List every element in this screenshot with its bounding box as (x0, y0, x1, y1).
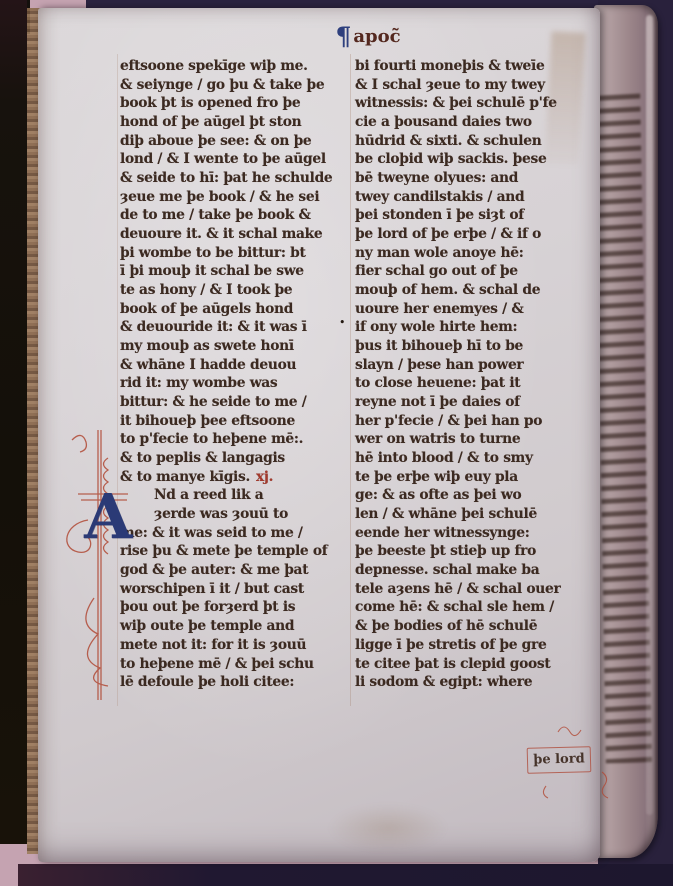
left-column-lines-bottom: me: & it was seid to me /rise þu & mete … (120, 524, 352, 692)
text-line: diþ aboue þe see: & on þe (120, 132, 352, 151)
text-line: de to me / take þe book & (120, 206, 352, 225)
text-line: & deuouride it: & it was ī (120, 318, 352, 337)
text-line: þus it bihoueþ hī to be (355, 337, 599, 356)
text-line: wiþ oute þe temple and (120, 617, 352, 636)
right-text-column: bi fourti moneþis & tweīe& I schal ȝeue … (355, 57, 599, 692)
text-line: þei stonden ī þe siȝt of (355, 206, 599, 225)
text-line: book of þe aūgels hond (120, 300, 352, 319)
text-line: te as hony / & I took þe (120, 281, 352, 300)
text-line: eftsoone spekīge wiþ me. (120, 57, 352, 76)
text-line: to close heuene: þat it (355, 374, 599, 393)
text-line: come hē: & schal sle hem / (355, 598, 599, 617)
text-line: god & þe auter: & me þat (120, 561, 352, 580)
text-line: & þe bodies of hē schulē (355, 617, 599, 636)
text-line: witnessis: & þei schulē p'fe (355, 94, 599, 113)
text-line: bē tweyne olyues: and (355, 169, 599, 188)
text-line: if ony wole hirte hem: (355, 318, 599, 337)
text-line: twey candilstakis / and (355, 188, 599, 207)
text-line: li sodom & egipt: where (355, 673, 599, 692)
text-line: ī þi mouþ it schal be swe (120, 262, 352, 281)
book-spine (0, 0, 27, 844)
manuscript-page: ¶apoc̃ eftsoone spekīge wiþ me.& seiynge… (38, 8, 600, 862)
text-line: te þe erþe wiþ euy pla (355, 468, 599, 487)
text-line: tele aȝens hē / & schal ouer (355, 580, 599, 599)
text-line: bi fourti moneþis & tweīe (355, 57, 599, 76)
chapter-11-opening: A Nd a reed lik aȝerde was ȝouū to me: &… (120, 486, 352, 691)
text-line: ge: & as ofte as þei wo (355, 486, 599, 505)
running-header: ¶apoc̃ (320, 22, 416, 51)
text-line: my mouþ as swete honī (120, 337, 352, 356)
text-line: me: & it was seid to me / (120, 524, 352, 543)
text-line: & I schal ȝeue to my twey (355, 76, 599, 95)
illuminated-initial-A: A (75, 482, 141, 558)
text-line: uoure her enemyes / & (355, 300, 599, 319)
text-line: & seiynge / go þu & take þe (120, 76, 352, 95)
text-line: mouþ of hem. & schal de (355, 281, 599, 300)
margin-note-box: þe lord (527, 746, 592, 774)
text-line: fier schal go out of þe (355, 262, 599, 281)
text-line: book þt is opened fro þe (120, 94, 352, 113)
text-line: þe lord of þe erþe / & if o (355, 225, 599, 244)
text-line: þi wombe to be bittur: bt (120, 244, 352, 263)
text-line: te citee þat is clepid goost (355, 655, 599, 674)
text-line: þe beeste þt stieþ up fro (355, 542, 599, 561)
text-line: slayn / þese han power (355, 356, 599, 375)
text-line: rid it: my wombe was (120, 374, 352, 393)
text-line: to heþene mē / & þei schu (120, 655, 352, 674)
paraph-icon: ¶ (335, 22, 351, 51)
text-line: ligge ī þe stretis of þe gre (355, 636, 599, 655)
text-line: depnesse. schal make ba (355, 561, 599, 580)
left-column-lines: eftsoone spekīge wiþ me.& seiynge / go þ… (120, 57, 352, 468)
text-line: worschipen ī it / but cast (120, 580, 352, 599)
text-line: ȝerde was ȝouū to (120, 505, 352, 524)
text-line: mete not it: for it is ȝouū (120, 636, 352, 655)
text-line: & to peplis & langagis (120, 449, 352, 468)
text-line: lē defoule þe holi citee: (120, 673, 352, 692)
text-line: rise þu & mete þe temple of (120, 542, 352, 561)
text-line: wer on watris to turne (355, 430, 599, 449)
parchment-stain (328, 804, 448, 852)
text-line: be cloþid wiþ sackis. þese (355, 150, 599, 169)
backdrop-bottom-strip (18, 864, 673, 886)
text-line: lond / & I wente to þe aūgel (120, 150, 352, 169)
text-line: len / & whāne þei schulē (355, 505, 599, 524)
text-line: it bihoueþ þee eftsoone (120, 412, 352, 431)
punctus-mark: • (339, 316, 346, 329)
chapter-numeral: xj. (256, 469, 273, 485)
text-line: þou out þe forȝerd þt is (120, 598, 352, 617)
text-line: her p'fecie / & þei han po (355, 412, 599, 431)
text-line: eende her witnessynge: (355, 524, 599, 543)
text-line: hond of þe aūgel þt ston (120, 113, 352, 132)
text-line: hē into blood / & to smy (355, 449, 599, 468)
text-line: to p'fecie to heþene mē:. (120, 430, 352, 449)
kings-line: & to manye kīgis.xj. (120, 468, 352, 487)
curl-edge-highlight (646, 15, 653, 815)
text-line: deuoure it. & it schal make (120, 225, 352, 244)
lines-beside-initial: Nd a reed lik aȝerde was ȝouū to (120, 486, 352, 523)
text-line: & seide to hī: þat he schulde (120, 169, 352, 188)
text-line: hūdrid & sixti. & schulen (355, 132, 599, 151)
left-text-column: eftsoone spekīge wiþ me.& seiynge / go þ… (120, 57, 352, 692)
text-line: cie a þousand daies two (355, 113, 599, 132)
text-line: reyne not ī þe daies of (355, 393, 599, 412)
text-line: Nd a reed lik a (120, 486, 352, 505)
curl-showthrough-text (594, 91, 652, 764)
text-line: & whāne I hadde deuou (120, 356, 352, 375)
text-line: ny man wole anoye hē: (355, 244, 599, 263)
text-line: bittur: & he seide to me / (120, 393, 352, 412)
text-line: ȝeue me þe book / & he sei (120, 188, 352, 207)
running-header-title: apoc̃ (353, 26, 400, 47)
